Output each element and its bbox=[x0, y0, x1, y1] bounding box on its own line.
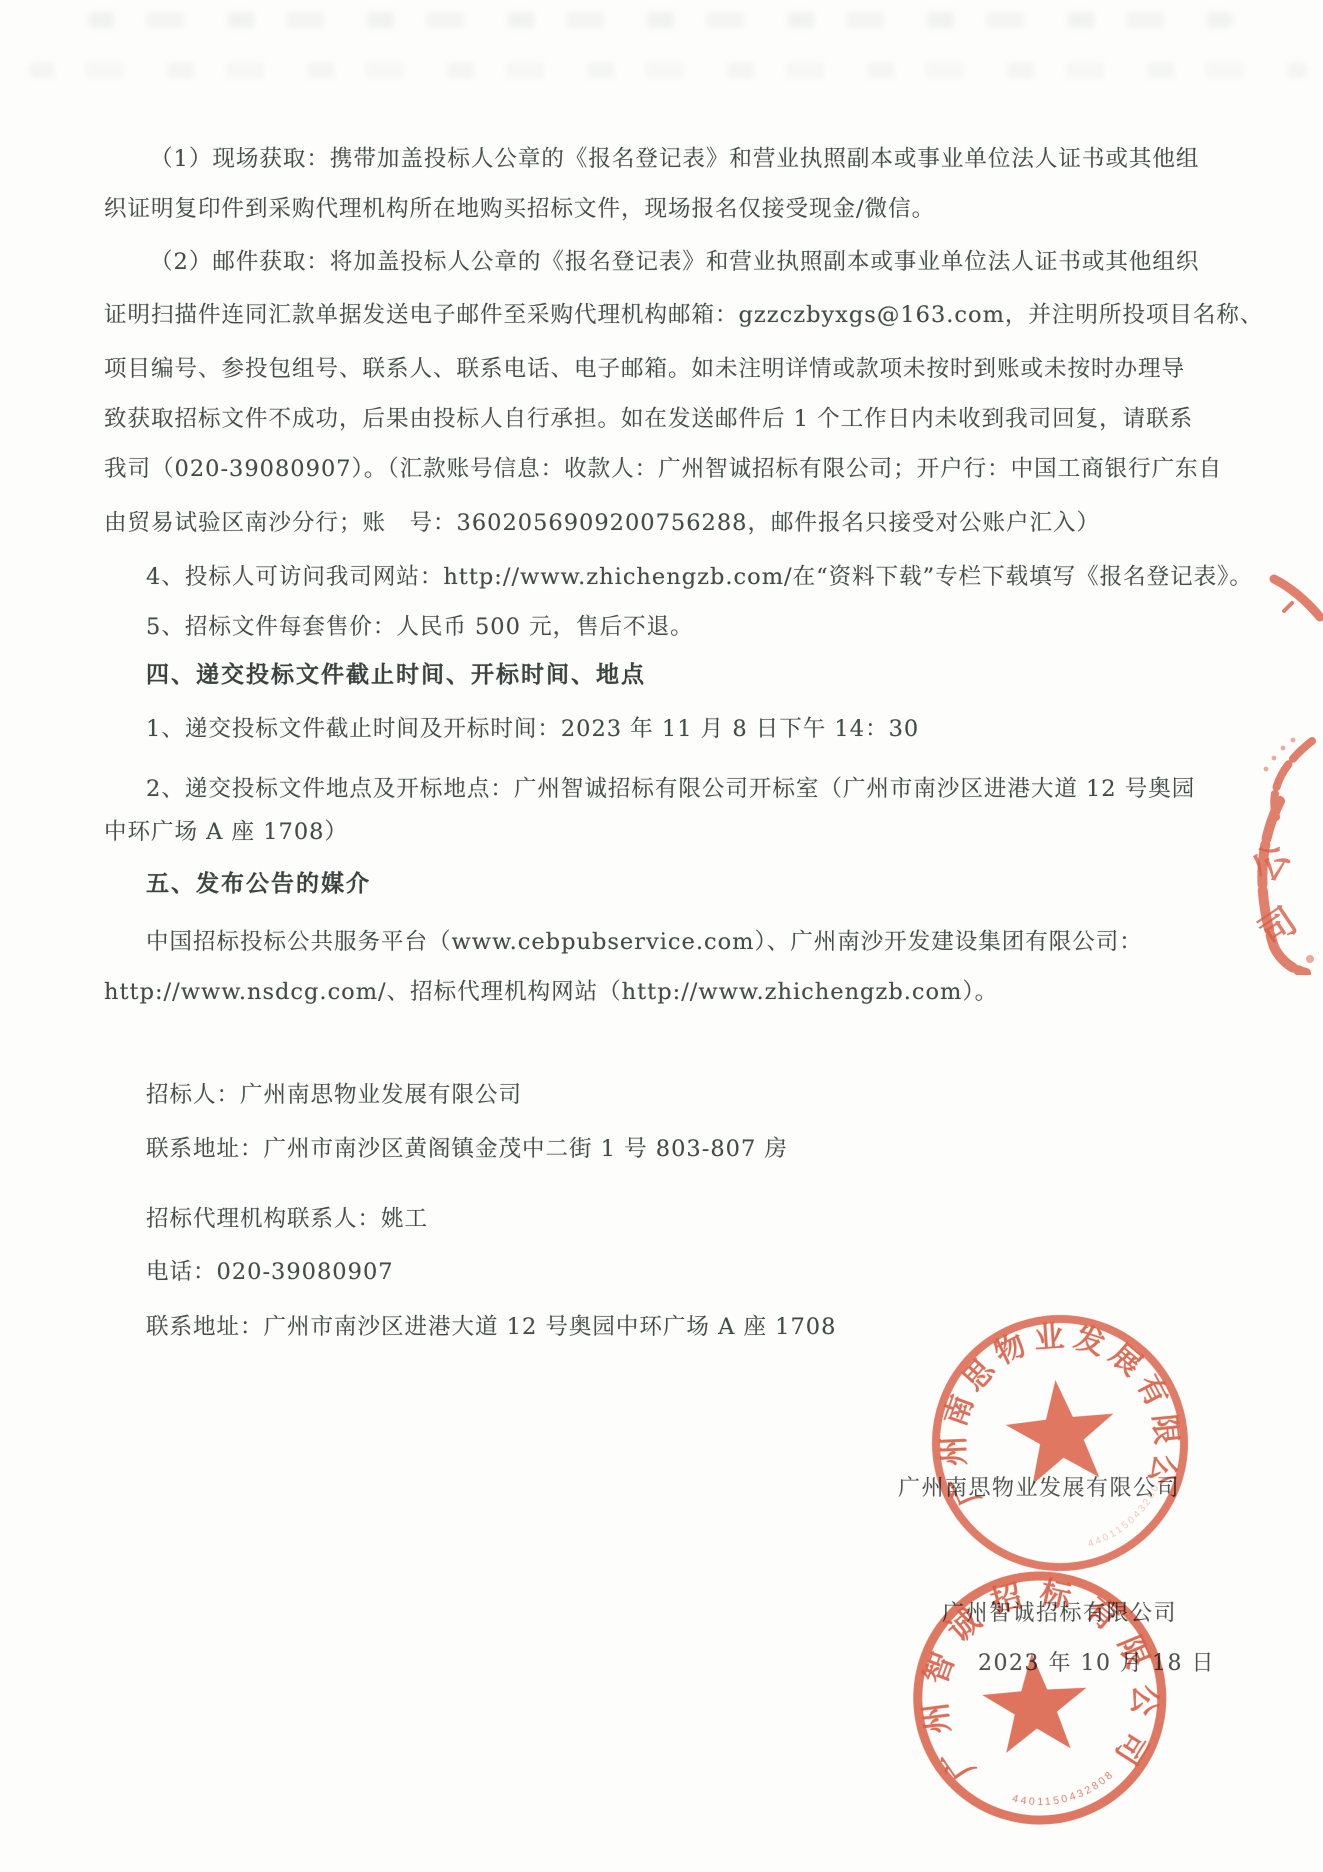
doc-text-line: 致获取招标文件不成功，后果由投标人自行承担。如在发送邮件后 1 个工作日内未收到… bbox=[104, 401, 1193, 433]
tenderer-name-line: 招标人：广州南思物业发展有限公司 bbox=[146, 1077, 522, 1109]
section-heading-4: 四、递交投标文件截止时间、开标时间、地点 bbox=[146, 656, 646, 689]
scanned-document-page: （1）现场获取：携带加盖投标人公章的《报名登记表》和营业执照副本或事业单位法人证… bbox=[0, 0, 1323, 1872]
doc-text-line: 4、投标人可访问我司网站：http://www.zhichengzb.com/在… bbox=[146, 559, 1253, 591]
doc-text-line: （1）现场获取：携带加盖投标人公章的《报名登记表》和营业执照副本或事业单位法人证… bbox=[150, 141, 1199, 173]
agency-company-seal: 广州智诚招标有限公司 4401150432808 bbox=[901, 1561, 1179, 1840]
tenderer-address-line: 联系地址：广州市南沙区黄阁镇金茂中二街 1 号 803-807 房 bbox=[146, 1131, 788, 1163]
bleed-through-artifact bbox=[88, 12, 1233, 28]
doc-text-line: 由贸易试验区南沙分行；账 号：3602056909200756288，邮件报名只… bbox=[104, 505, 1100, 537]
bleed-through-artifact bbox=[28, 62, 1308, 78]
bidder-company-seal: 广州南思物业发展有限公司 4401150432808 bbox=[912, 1295, 1209, 1592]
section-heading-5: 五、发布公告的媒介 bbox=[146, 865, 371, 898]
doc-text-line: 织证明复印件到采购代理机构所在地购买招标文件，现场报名仅接受现金/微信。 bbox=[104, 191, 935, 223]
doc-text-line: 2、递交投标文件地点及开标地点：广州智诚招标有限公司开标室（广州市南沙区进港大道… bbox=[146, 771, 1195, 803]
doc-text-line: 项目编号、参投包组号、联系人、联系电话、电子邮箱。如未注明详情或款项未按时到账或… bbox=[104, 351, 1185, 383]
doc-text-line: 证明扫描件连同汇款单据发送电子邮件至采购代理机构邮箱：gzzczbyxgs@16… bbox=[104, 297, 1263, 329]
seal-star-icon bbox=[980, 1650, 1091, 1754]
doc-text-line: 我司（020-39080907）。（汇款账号信息：收款人：广州智诚招标有限公司；… bbox=[104, 451, 1222, 483]
doc-text-line: （2）邮件获取：将加盖投标人公章的《报名登记表》和营业执照副本或事业单位法人证书… bbox=[150, 244, 1199, 276]
doc-text-line: 中国招标投标公共服务平台（www.cebpubservice.com）、广州南沙… bbox=[146, 924, 1143, 956]
agency-contact-line: 招标代理机构联系人：姚工 bbox=[146, 1201, 428, 1233]
edge-seal-fragment: 公 司 bbox=[1240, 555, 1323, 975]
svg-text:公: 公 bbox=[1243, 836, 1298, 890]
doc-text-line: 中环广场 A 座 1708） bbox=[104, 814, 348, 846]
agency-phone-line: 电话：020-39080907 bbox=[146, 1254, 394, 1286]
doc-text-line: 1、递交投标文件截止时间及开标时间：2023 年 11 月 8 日下午 14：3… bbox=[146, 711, 919, 743]
agency-address-line: 联系地址：广州市南沙区进港大道 12 号奥园中环广场 A 座 1708 bbox=[146, 1309, 836, 1341]
svg-text:司: 司 bbox=[1251, 900, 1304, 955]
doc-text-line: 5、招标文件每套售价：人民币 500 元，售后不退。 bbox=[146, 609, 694, 641]
seal-star-icon bbox=[1002, 1374, 1120, 1486]
doc-text-line: http://www.nsdcg.com/、招标代理机构网站（http://ww… bbox=[104, 974, 998, 1006]
